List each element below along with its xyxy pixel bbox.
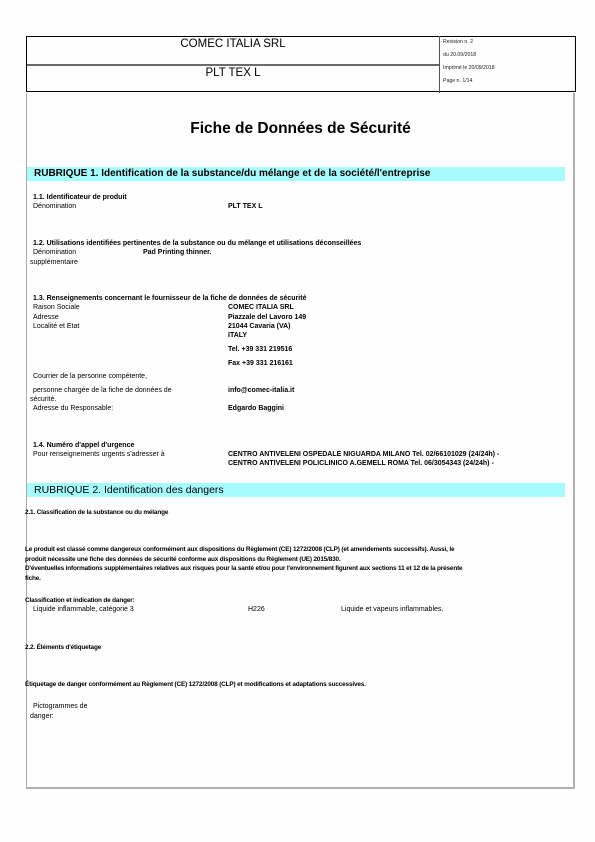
s12-label-1: Dénomination xyxy=(33,249,76,256)
s13-value-4: Tel. +39 331 219516 xyxy=(228,346,292,353)
header-meta: Revision n. 2 du 20.09/2018 Imprimé le 2… xyxy=(443,36,573,88)
s13-value-5: Fax +39 331 216161 xyxy=(228,360,293,367)
s21-classification-title: Classification et indication de danger: xyxy=(25,597,135,604)
s13-label-2: Localité et Etat xyxy=(33,323,79,330)
s13-value-1: Piazzale del Lavoro 149 xyxy=(228,314,306,321)
s13-title: 1.3. Renseignements concernant le fourni… xyxy=(33,295,306,302)
s21-paragraph-line-3: D'éventuelles informations supplémentair… xyxy=(25,564,573,574)
section1-heading: RUBRIQUE 1. Identification de la substan… xyxy=(27,167,565,181)
document-title: Fiche de Données de Sécurité xyxy=(26,120,575,138)
s12-label-2: supplémentaire xyxy=(30,259,78,266)
s21-paragraph-line-1: Le produit est classé comme dangereux co… xyxy=(25,545,573,555)
s14-line-2: CENTRO ANTIVELENI POLICLINICO A.GEMELL R… xyxy=(228,460,494,467)
section2-heading-band: RUBRIQUE 2. Identification des dangers xyxy=(27,483,565,497)
s11-title: 1.1. Identificateur de produit xyxy=(33,194,127,201)
revision-date: du 20.09/2018 xyxy=(443,49,573,62)
s21-classification-category: Liquide inflammable, catégorie 3 xyxy=(33,606,134,613)
s13-value-0: COMEC ITALIA SRL xyxy=(228,304,294,311)
s14-line-1: CENTRO ANTIVELENI OSPEDALE NIGUARDA MILA… xyxy=(228,451,499,458)
s13-responsible-value: Edgardo Baggini xyxy=(228,405,284,412)
s22-pictograms-label-2: danger: xyxy=(30,713,54,720)
header-divider xyxy=(439,36,440,93)
s14-label: Pour renseignements urgents s'adresser à xyxy=(33,451,165,458)
s21-classification-statement: Liquide et vapeurs inflammables. xyxy=(341,606,443,613)
s22-labeling-text: Étiquetage de danger conformément au Règ… xyxy=(25,681,366,688)
header-company-cell: COMEC ITALIA SRL xyxy=(26,36,440,65)
s22-pictograms-label-1: Pictogrammes de xyxy=(33,703,87,710)
s21-paragraph: Le produit est classé comme dangereux co… xyxy=(25,545,573,583)
s13-value-2: 21044 Cavaria (VA) xyxy=(228,323,291,330)
s12-value: Pad Printing thinner. xyxy=(143,249,211,256)
s13-responsible-label: Adresse du Responsable: xyxy=(33,405,113,412)
s13-label-0: Raison Sociale xyxy=(33,304,80,311)
s13-label-1: Adresse xyxy=(33,314,59,321)
revision-number: Revision n. 2 xyxy=(443,36,573,49)
header-product-cell: PLT TEX L xyxy=(26,65,440,93)
page-number: Page n. 1/14 xyxy=(443,75,573,88)
s11-label: Dénomination xyxy=(33,203,76,210)
section2-heading: RUBRIQUE 2. Identification des dangers xyxy=(27,483,565,497)
s21-title: 2.1. Classification de la substance ou d… xyxy=(25,509,168,516)
section1-heading-band: RUBRIQUE 1. Identification de la substan… xyxy=(27,167,565,181)
s12-title: 1.2. Utilisations identifiées pertinente… xyxy=(33,240,361,247)
s13-value-3: ITALY xyxy=(228,332,247,339)
s21-paragraph-line-4: fiche. xyxy=(25,574,573,584)
s13-email[interactable]: info@comec-italia.it xyxy=(228,387,294,394)
s22-title: 2.2. Éléments d'étiquetage xyxy=(25,644,101,651)
s21-classification-code: H226 xyxy=(248,606,265,613)
s13-courier-label: Courrier de la personne compétente, xyxy=(33,373,147,380)
header-product: PLT TEX L xyxy=(26,65,440,79)
s21-paragraph-line-2: produit nécessite une fiche des données … xyxy=(25,555,573,565)
header-company: COMEC ITALIA SRL xyxy=(26,36,440,50)
printed-date: Imprimé le 20/09/2018 xyxy=(443,62,573,75)
s13-person-label-2: sécurité. xyxy=(30,396,56,403)
s14-title: 1.4. Numéro d'appel d'urgence xyxy=(33,442,134,449)
s13-person-label-1: personne chargée de la fiche de données … xyxy=(33,387,172,394)
s11-value: PLT TEX L xyxy=(228,203,262,210)
